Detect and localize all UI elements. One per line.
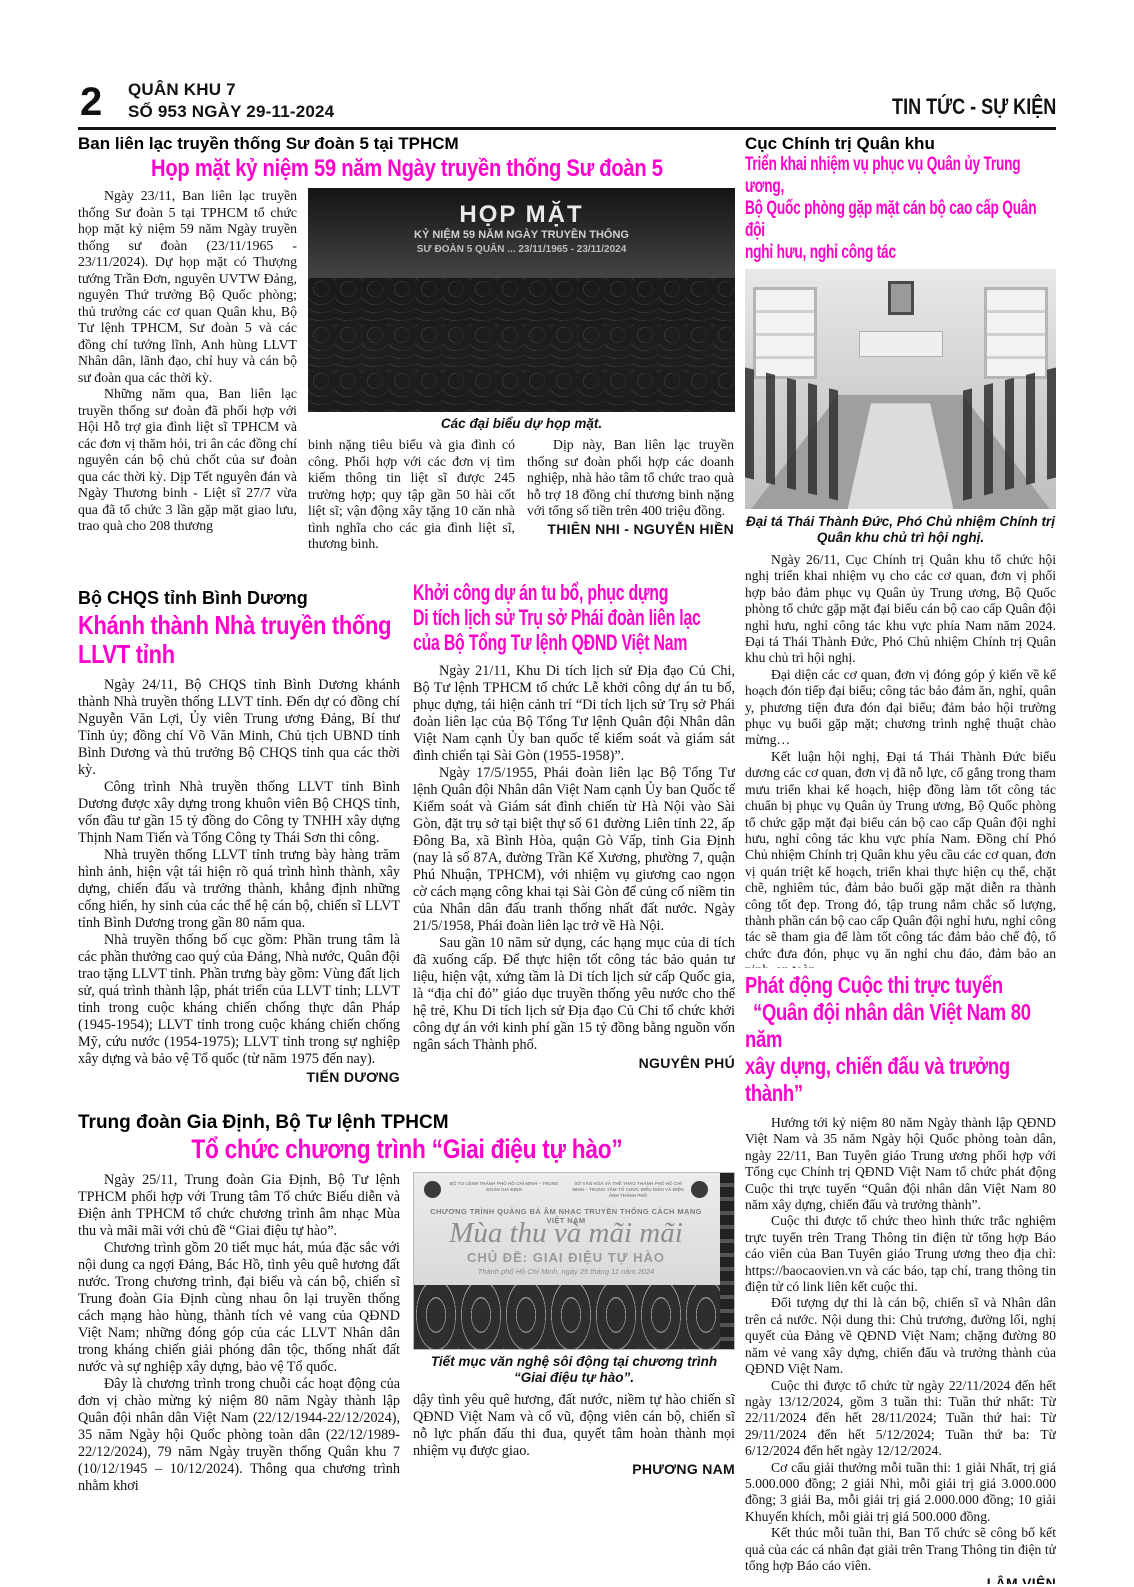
article-kicker: Ban liên lạc truyền thống Sư đoàn 5 tại … <box>78 134 735 154</box>
poster-date: Thành phố Hồ Chí Minh, ngày 25 tháng 11 … <box>414 1267 718 1276</box>
article-body: Ngày 24/11, Bộ CHQS tỉnh Bình Dương khán… <box>78 677 400 1068</box>
article-body: Hướng tới kỷ niệm 80 năm Ngày thành lập … <box>745 1115 1056 1574</box>
article-body: Ngày 21/11, Khu Di tích lịch sử Địa đạo … <box>413 663 735 1054</box>
byline: TIẾN DƯƠNG <box>78 1068 400 1086</box>
section-title: TIN TỨC - SỰ KIỆN <box>892 95 1056 119</box>
dancer-figures <box>414 1285 720 1349</box>
paragraph: Nhà truyền thống bố cục gồm: Phần trung … <box>78 932 400 1068</box>
header-rule <box>78 127 1056 130</box>
window-decoration <box>753 287 817 379</box>
banner-line: KỶ NIỆM 59 NĂM NGÀY TRUYỀN THỐNG <box>308 228 735 243</box>
attendee-figures <box>963 368 1056 502</box>
paragraph: Kết luận hội nghị, Đại tá Thái Thành Đức… <box>745 749 1056 968</box>
conference-photo <box>745 269 1056 509</box>
article-giai-dieu: Trung đoàn Gia Định, Bộ Tư lệnh TPHCM Tổ… <box>78 1112 735 1584</box>
paragraph: Dịp này, Ban liên lạc truyền thống sư đo… <box>527 437 734 520</box>
paragraph: Kết thúc mỗi tuần thi, Ban Tổ chức sẽ cô… <box>745 1525 1056 1574</box>
photo-caption: Tiết mục văn nghệ sôi động tại chương tr… <box>413 1354 735 1386</box>
byline: LÂM VIÊN <box>745 1574 1056 1584</box>
photo-banner: HỌP MẶT KỶ NIỆM 59 NĂM NGÀY TRUYỀN THỐNG… <box>308 202 735 256</box>
paragraph: Đối tượng dự thi là cán bộ, chiến sĩ và … <box>745 1295 1056 1377</box>
unit-emblem-icon <box>424 1181 441 1198</box>
article-column: binh nặng tiêu biểu và gia đình có công.… <box>308 437 515 553</box>
page-number: 2 <box>80 82 101 122</box>
paragraph: Ngày 21/11, Khu Di tích lịch sử Địa đạo … <box>413 663 735 765</box>
article-column: Ngày 23/11, Ban liên lạc truyền thống Sư… <box>78 188 297 553</box>
article-headline-line: nghỉ hưu, nghỉ công tác <box>745 242 1056 264</box>
byline: NGUYÊN PHÚ <box>413 1054 735 1072</box>
paragraph: Ngày 25/11, Trung đoàn Gia Định, Bộ Tư l… <box>78 1172 400 1240</box>
article-headline: Họp mặt kỷ niệm 59 năm Ngày truyền thống… <box>78 155 735 182</box>
paragraph: Nhà truyền thống LLVT tỉnh trưng bày hàn… <box>78 847 400 932</box>
article-headline: Tổ chức chương trình “Giai điệu tự hào” <box>78 1134 735 1164</box>
article-headline-line: xây dựng, chiến đấu và trưởng thành” <box>745 1053 1056 1107</box>
poster-org-left: BỘ TƯ LỆNH THÀNH PHỐ HỒ CHÍ MINH – TRUNG… <box>446 1181 562 1199</box>
poster-title: Mùa thu và mãi mãi <box>414 1217 718 1249</box>
poster-theme: CHỦ ĐỀ: GIAI ĐIỆU TỰ HÀO <box>414 1250 718 1265</box>
concert-poster: BỘ TƯ LỆNH THÀNH PHỐ HỒ CHÍ MINH – TRUNG… <box>413 1172 735 1350</box>
paragraph: binh nặng tiêu biểu và gia đình có công.… <box>308 437 515 553</box>
paragraph: Đây là chương trình trong chuỗi các hoạt… <box>78 1376 400 1495</box>
article-column: Ngày 25/11, Trung đoàn Gia Định, Bộ Tư l… <box>78 1172 400 1495</box>
article-column: Dịp này, Ban liên lạc truyền thống sư đo… <box>527 437 734 553</box>
paragraph: Cuộc thi được tổ chức từ ngày 22/11/2024… <box>745 1378 1056 1460</box>
center-emblem-icon <box>691 1181 708 1198</box>
article-headline-line: Bộ Quốc phòng gặp mặt cán bộ cao cấp Quâ… <box>745 198 1056 242</box>
photo-caption: Đại tá Thái Thành Đức, Phó Chủ nhiệm Chí… <box>745 514 1056 546</box>
byline: PHƯƠNG NAM <box>413 1460 735 1478</box>
article-headline-line: Di tích lịch sử Trụ sở Phái đoàn liên lạ… <box>413 605 735 630</box>
whiteboard-decoration <box>859 331 943 357</box>
paragraph: Công trình Nhà truyền thống LLVT tỉnh Bì… <box>78 779 400 847</box>
article-headline-line: của Bộ Tổng Tư lệnh QĐND Việt Nam <box>413 630 735 655</box>
article-headline-line: “Quân đội nhân dân Việt Nam 80 năm <box>745 999 1056 1053</box>
crowd-figures <box>308 278 735 412</box>
paragraph: Ngày 17/5/1955, Phái đoàn liên lạc Bộ Tổ… <box>413 765 735 935</box>
article-kicker: Trung đoàn Gia Định, Bộ Tư lệnh TPHCM <box>78 1112 735 1134</box>
poster-organizers: BỘ TƯ LỆNH THÀNH PHỐ HỒ CHÍ MINH – TRUNG… <box>446 1181 686 1199</box>
article-headline-line: Triển khai nhiệm vụ phục vụ Quân ủy Trun… <box>745 154 1056 198</box>
portrait-frame-decoration <box>888 281 914 315</box>
banner-line: SƯ ĐOÀN 5 QUÂN ... 23/11/1965 - 23/11/20… <box>308 243 735 256</box>
article-cuoc-thi: Phát động Cuộc thi trực tuyến “Quân đội … <box>745 972 1056 1584</box>
article-cuc-chinh-tri: Cục Chính trị Quân khu Triển khai nhiệm … <box>745 134 1056 968</box>
window-decoration <box>984 287 1048 379</box>
paragraph: dậy tình yêu quê hương, đất nước, niềm t… <box>413 1392 735 1460</box>
article-body: Ngày 26/11, Cục Chính trị Quân khu tổ ch… <box>745 552 1056 968</box>
paragraph: Cơ cấu giải thưởng mỗi tuần thi: 1 giải … <box>745 1460 1056 1526</box>
paragraph: Sau gần 10 năm sử dụng, các hạng mục của… <box>413 935 735 1054</box>
paragraph: Những năm qua, Ban liên lạc truyền thống… <box>78 386 297 535</box>
paragraph: Hướng tới kỷ niệm 80 năm Ngày thành lập … <box>745 1115 1056 1213</box>
banner-line: HỌP MẶT <box>308 202 735 228</box>
article-headline: Khánh thành Nhà truyền thống LLVT tỉnh <box>78 611 400 669</box>
byline: THIÊN NHI - NGUYỄN HIỀN <box>527 520 734 538</box>
paragraph: Ngày 23/11, Ban liên lạc truyền thống Sư… <box>78 188 297 386</box>
article-column: dậy tình yêu quê hương, đất nước, niềm t… <box>413 1392 735 1460</box>
article-binh-duong: Bộ CHQS tỉnh Bình Dương Khánh thành Nhà … <box>78 588 400 1112</box>
article-kicker: Bộ CHQS tỉnh Bình Dương <box>78 588 400 608</box>
masthead-title: QUÂN KHU 7 <box>128 79 334 100</box>
paragraph: Đại diện các cơ quan, đơn vị đóng góp ý … <box>745 667 1056 749</box>
group-photo: HỌP MẶT KỶ NIỆM 59 NĂM NGÀY TRUYỀN THỐNG… <box>308 188 735 412</box>
article-headline-line: Khởi công dự án tu bổ, phục dựng <box>413 580 735 605</box>
newspaper-page: 2 QUÂN KHU 7 SỐ 953 NGÀY 29-11-2024 TIN … <box>0 0 1134 1587</box>
poster-org-right: SỞ VĂN HÓA VÀ THỂ THAO THÀNH PHỐ HỒ CHÍ … <box>570 1181 686 1199</box>
masthead: QUÂN KHU 7 SỐ 953 NGÀY 29-11-2024 <box>128 79 334 123</box>
photo-caption: Các đại biểu dự họp mặt. <box>308 416 735 432</box>
paragraph: Ngày 26/11, Cục Chính trị Quân khu tổ ch… <box>745 552 1056 667</box>
article-kicker: Cục Chính trị Quân khu <box>745 134 1056 154</box>
paragraph: Cuộc thi được tổ chức theo hình thức trắ… <box>745 1213 1056 1295</box>
attendee-figures <box>745 368 838 502</box>
article-hop-mat: Ban liên lạc truyền thống Sư đoàn 5 tại … <box>78 134 735 586</box>
article-headline-line: Phát động Cuộc thi trực tuyến <box>745 972 1056 999</box>
masthead-issue: SỐ 953 NGÀY 29-11-2024 <box>128 100 334 123</box>
film-strip-decoration <box>720 1173 734 1349</box>
paragraph: Chương trình gồm 20 tiết mục hát, múa đặ… <box>78 1240 400 1376</box>
article-khoi-cong: Khởi công dự án tu bổ, phục dựng Di tích… <box>413 580 735 1112</box>
paragraph: Ngày 24/11, Bộ CHQS tỉnh Bình Dương khán… <box>78 677 400 779</box>
